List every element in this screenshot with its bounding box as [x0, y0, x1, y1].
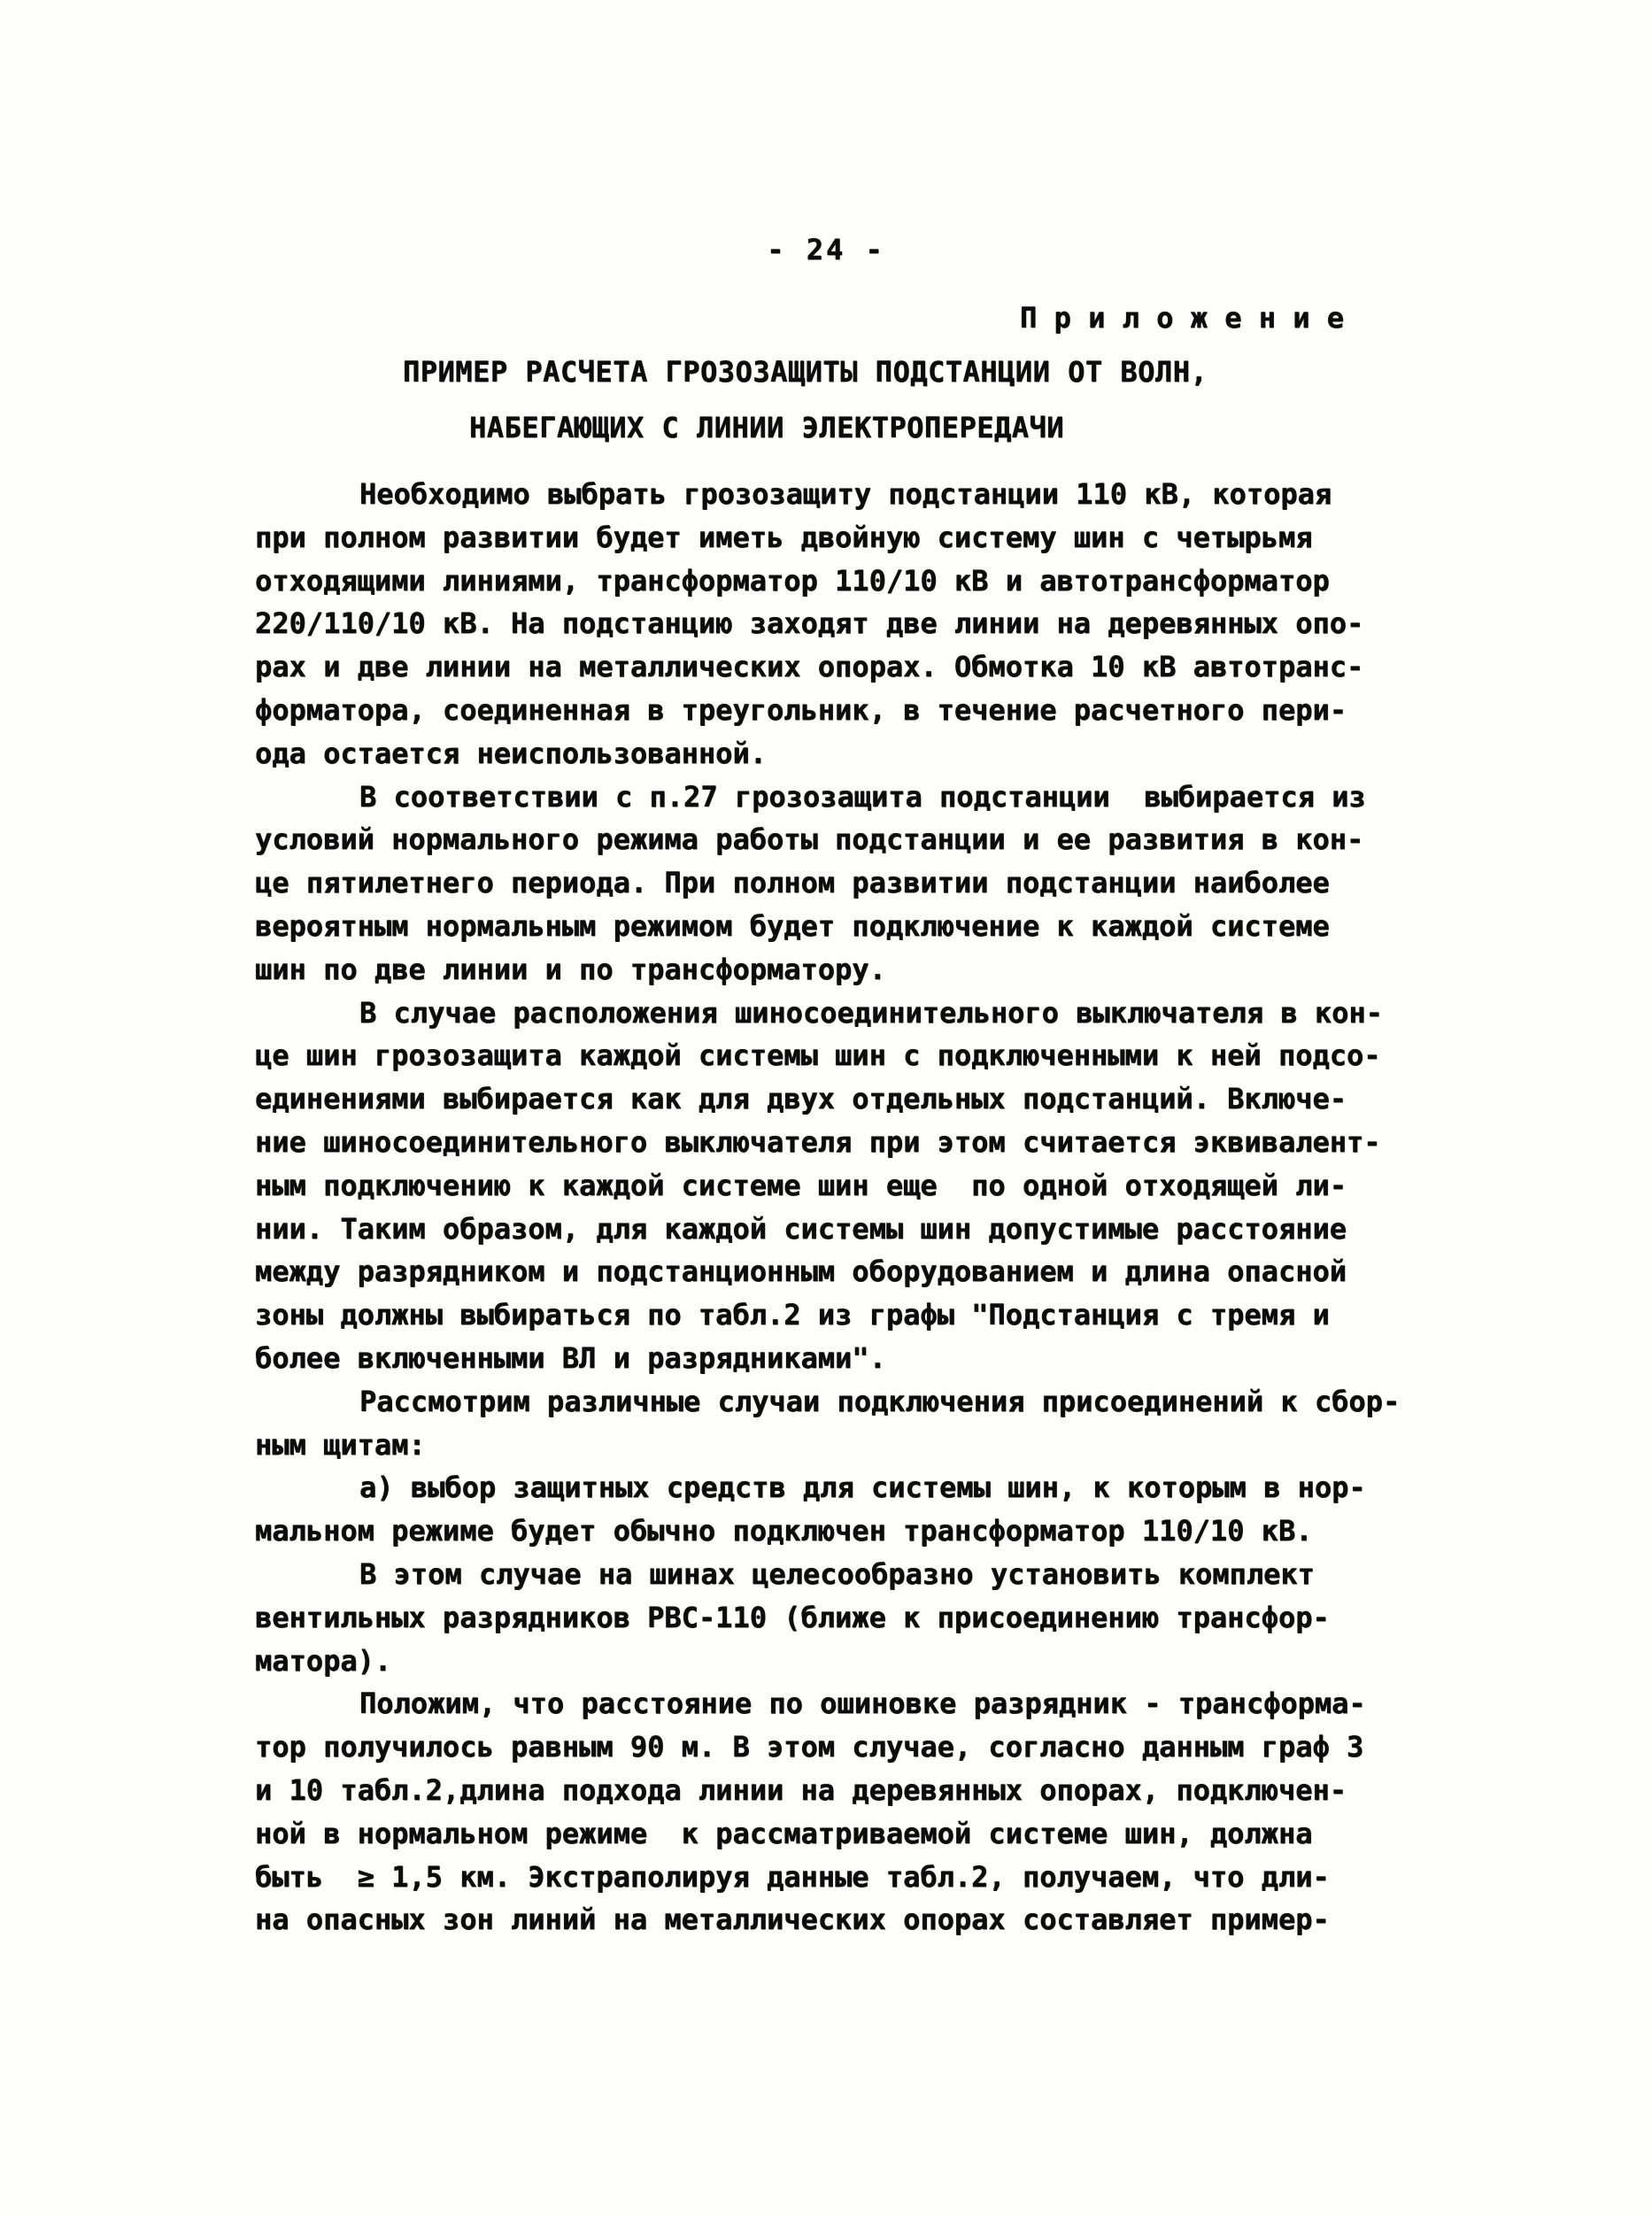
body-line: Положим, что расстояние по ошиновке разр… — [255, 1682, 1512, 1726]
body-line: ным щитам: — [255, 1424, 1512, 1467]
body-line: условий нормального режима работы подста… — [255, 818, 1512, 861]
body-line: вентильных разрядников РВС-110 (ближе к … — [255, 1596, 1512, 1640]
body-lines: Необходимо выбрать грозозащиту подстанци… — [255, 473, 1512, 1942]
page-number: - 24 - — [0, 233, 1652, 266]
body-line: более включенными ВЛ и разрядниками". — [255, 1337, 1512, 1380]
body-line: матора). — [255, 1640, 1512, 1683]
body-line: Необходимо выбрать грозозащиту подстанци… — [255, 473, 1512, 516]
body-line: единениями выбирается как для двух отдел… — [255, 1077, 1512, 1121]
body-line: при полном развитии будет иметь двойную … — [255, 516, 1512, 560]
document-page: - 24 - П р и л о ж е н и е ПРИМЕР РАСЧЕТ… — [0, 0, 1652, 2216]
body-line: зоны должны выбираться по табл.2 из граф… — [255, 1293, 1512, 1337]
body-line: тор получилось равным 90 м. В этом случа… — [255, 1726, 1512, 1769]
title-line-2: НАБЕГАЮЩИХ С ЛИНИИ ЭЛЕКТРОПЕРЕДАЧИ — [255, 400, 1494, 456]
body-line: а) выбор защитных средств для системы ши… — [255, 1466, 1512, 1510]
body-line: В соответствии с п.27 грозозащита подста… — [255, 776, 1512, 819]
body-line: форматора, соединенная в треугольник, в … — [255, 689, 1512, 732]
annotation-label: П р и л о ж е н и е — [1020, 301, 1344, 335]
body-line: быть ≥ 1,5 км. Экстраполируя данные табл… — [255, 1856, 1512, 1899]
title-line-1: ПРИМЕР РАСЧЕТА ГРОЗОЗАЩИТЫ ПОДСТАНЦИИ ОТ… — [255, 344, 1494, 400]
body-line: и 10 табл.2,длина подхода линии на дерев… — [255, 1769, 1512, 1812]
body-line: нии. Таким образом, для каждой системы ш… — [255, 1208, 1512, 1251]
body-line: вероятным нормальным режимом будет подкл… — [255, 905, 1512, 948]
body-line: отходящими линиями, трансформатор 110/10… — [255, 560, 1512, 603]
body-line: мальном режиме будет обычно подключен тр… — [255, 1510, 1512, 1553]
body-line: ние шиносоединительного выключателя при … — [255, 1121, 1512, 1164]
body-line: 220/110/10 кВ. На подстанцию заходят две… — [255, 602, 1512, 645]
document-title: ПРИМЕР РАСЧЕТА ГРОЗОЗАЩИТЫ ПОДСТАНЦИИ ОТ… — [255, 344, 1494, 456]
body-line: ода остается неиспользованной. — [255, 732, 1512, 776]
body-line: це пятилетнего периода. При полном разви… — [255, 861, 1512, 905]
body-line: на опасных зон линий на металлических оп… — [255, 1898, 1512, 1942]
body-line: це шин грозозащита каждой системы шин с … — [255, 1034, 1512, 1077]
body-line: шин по две линии и по трансформатору. — [255, 948, 1512, 992]
body-line: ным подключению к каждой системе шин еще… — [255, 1164, 1512, 1208]
body-line: Рассмотрим различные случаи подключения … — [255, 1380, 1512, 1424]
body-line: рах и две линии на металлических опорах.… — [255, 645, 1512, 689]
body-line: ной в нормальном режиме к рассматриваемо… — [255, 1812, 1512, 1856]
body-line: между разрядником и подстанционным обору… — [255, 1250, 1512, 1293]
body-line: В этом случае на шинах целесообразно уст… — [255, 1553, 1512, 1596]
body-line: В случае расположения шиносоединительног… — [255, 992, 1512, 1035]
